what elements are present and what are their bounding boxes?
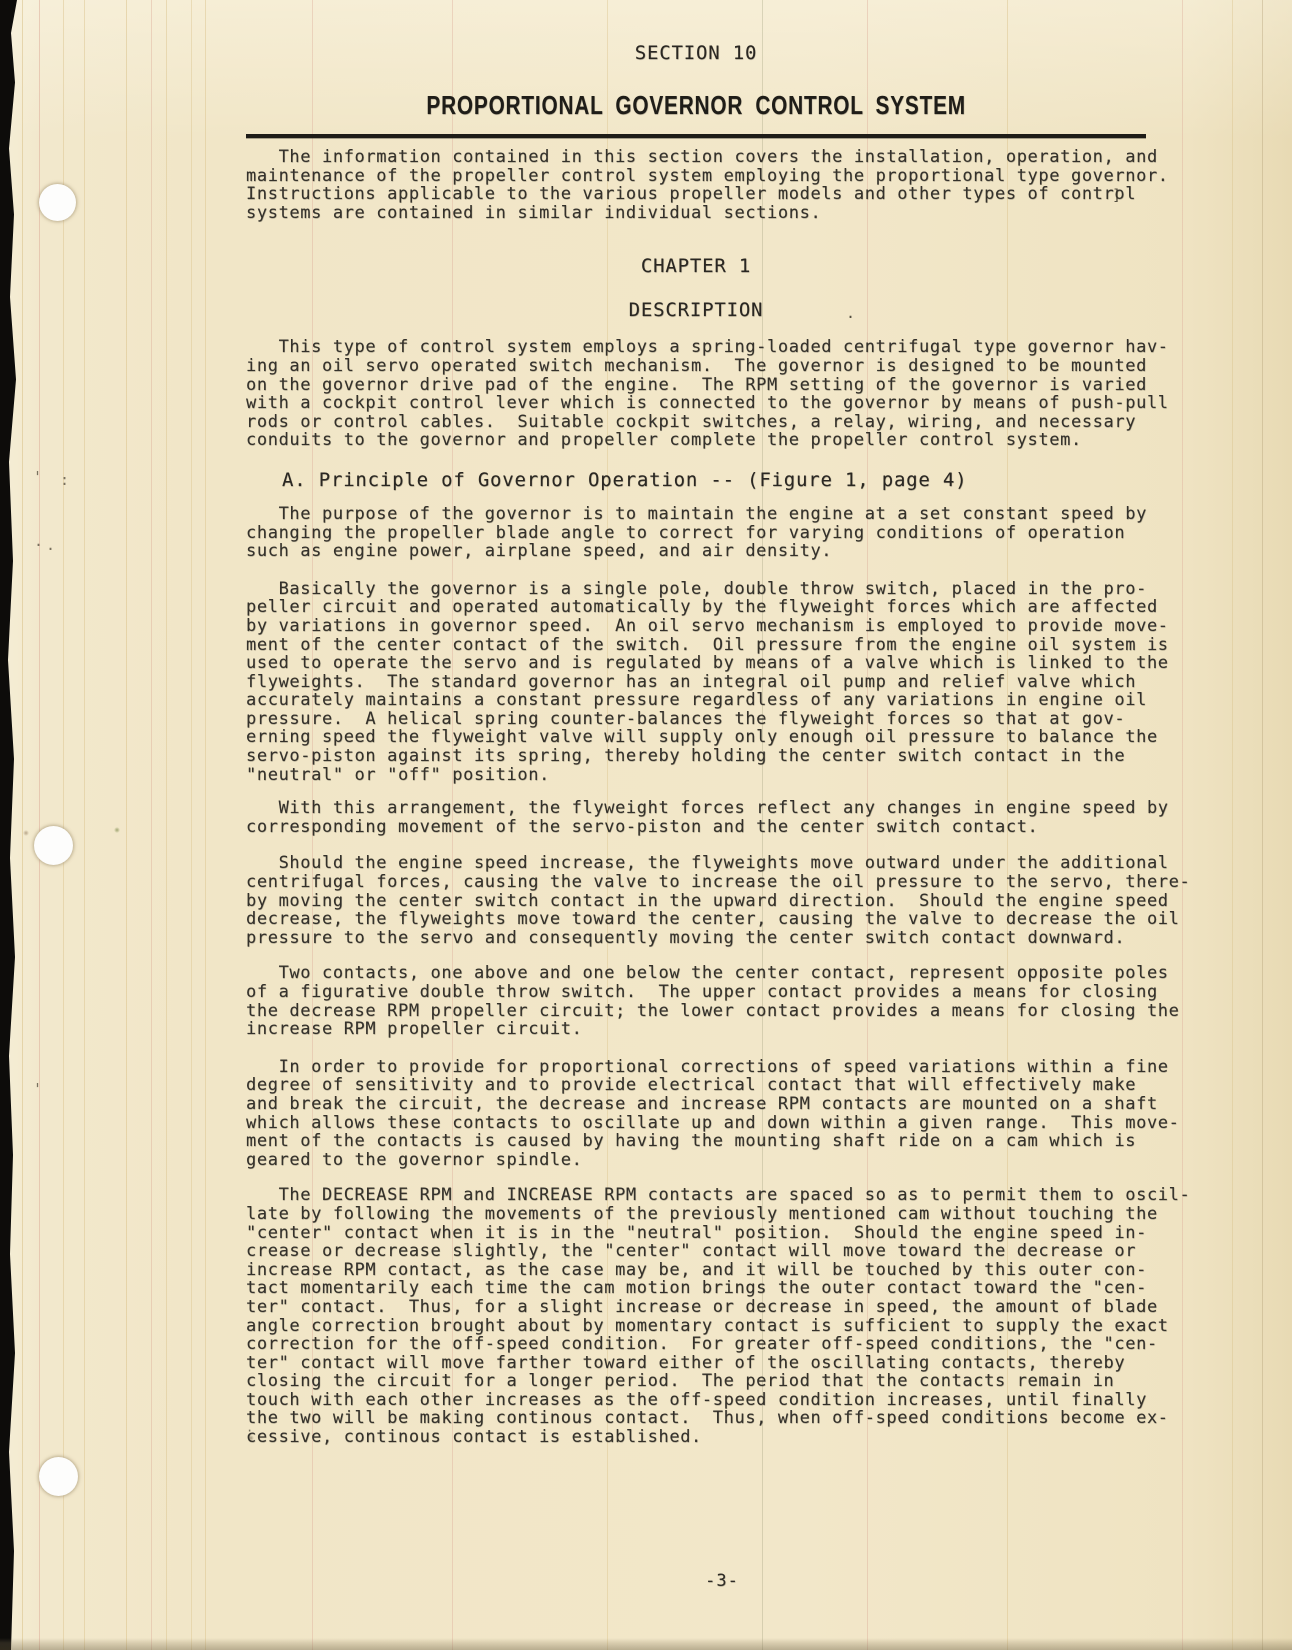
punch-hole-top bbox=[39, 184, 76, 221]
paragraph-two-contacts: Two contacts, one above and one below th… bbox=[246, 964, 1190, 1038]
punch-hole-bottom bbox=[39, 1457, 78, 1496]
margin-mark: ' bbox=[33, 1080, 42, 1098]
page-title-wrap: PROPORTIONAL GOVERNOR CONTROL SYSTEM bbox=[246, 92, 1146, 118]
page-content: SECTION 10 PROPORTIONAL GOVERNOR CONTROL… bbox=[246, 42, 1190, 1447]
paragraph-purpose: The purpose of the governor is to mainta… bbox=[246, 505, 1190, 561]
paragraph-intro: The information contained in this sectio… bbox=[246, 148, 1190, 222]
paragraph-control-system: This type of control system employs a sp… bbox=[246, 338, 1190, 450]
paragraph-oscillation: The DECREASE RPM and INCREASE RPM contac… bbox=[246, 1186, 1190, 1446]
scanned-manual-page: SECTION 10 PROPORTIONAL GOVERNOR CONTROL… bbox=[0, 0, 1292, 1650]
margin-mark: ·. bbox=[34, 536, 58, 554]
margin-mark: ' bbox=[33, 468, 42, 486]
section-a-heading: A. Principle of Governor Operation -- (F… bbox=[246, 468, 1190, 492]
paragraph-basic-operation: Basically the governor is a single pole,… bbox=[246, 580, 1190, 785]
margin-mark: : bbox=[60, 471, 69, 489]
page-title: PROPORTIONAL GOVERNOR CONTROL SYSTEM bbox=[426, 92, 965, 118]
paragraph-arrangement: With this arrangement, the flyweight for… bbox=[246, 799, 1190, 836]
paragraph-speed-increase: Should the engine speed increase, the fl… bbox=[246, 854, 1190, 947]
paragraph-proportional-correction: In order to provide for proportional cor… bbox=[246, 1058, 1190, 1170]
page-bottom-shadow bbox=[0, 1638, 1292, 1650]
punch-hole-middle bbox=[34, 826, 73, 865]
title-rule bbox=[246, 134, 1146, 138]
margin-mark: · bbox=[246, 1424, 253, 1438]
chapter-label: CHAPTER 1 bbox=[246, 254, 1146, 278]
margin-mark: ] bbox=[1112, 186, 1121, 204]
chapter-subtitle: DESCRIPTION bbox=[246, 298, 1146, 322]
section-label: SECTION 10 bbox=[246, 42, 1146, 64]
page-number: -3- bbox=[246, 1572, 1198, 1591]
margin-mark: . bbox=[846, 304, 855, 322]
binding-edge bbox=[0, 0, 17, 1650]
